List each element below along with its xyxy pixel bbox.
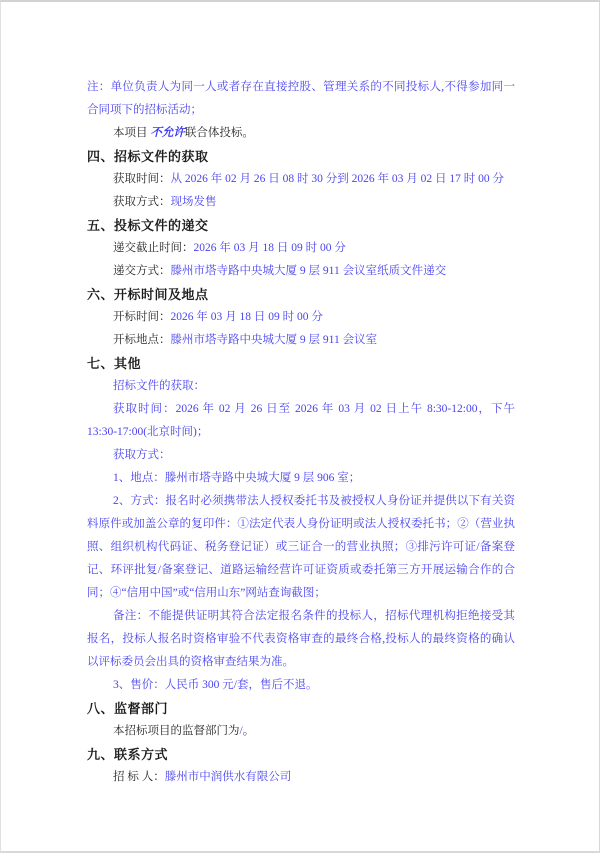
field-row-obtain-method: 获取方式：现场发售 bbox=[87, 191, 515, 214]
section-heading-4: 四、招标文件的获取 bbox=[87, 145, 515, 168]
contact-line: 招 标 人：滕州市中润供水有限公司 bbox=[87, 766, 515, 789]
field-value: 滕州市塔寺路中央城大厦 9 层 911 会议室纸质文件递交 bbox=[171, 265, 447, 277]
field-label: 递交方式： bbox=[113, 265, 171, 277]
section-heading-6: 六、开标时间及地点 bbox=[87, 283, 515, 306]
joint-venture-line: 本项目 不允许联合体投标。 bbox=[87, 122, 515, 145]
other-method-detail: 2、方式：报名时必须携带法人授权委托书及被授权人身份证并提供以下有关资料原件或加… bbox=[87, 490, 515, 605]
field-row-open-time: 开标时间：2026 年 03 月 18 日 09 时 00 分 bbox=[87, 306, 515, 329]
field-label: 获取方式： bbox=[113, 196, 171, 208]
supervision-prefix: 本招标项目的监督部门为 bbox=[113, 725, 240, 737]
field-value: 现场发售 bbox=[171, 196, 217, 208]
joint-emphasis: 不允许 bbox=[150, 127, 185, 139]
field-label: 获取时间： bbox=[113, 173, 171, 185]
tenderer-label: 招 标 人： bbox=[113, 771, 165, 783]
field-row-submit-method: 递交方式：滕州市塔寺路中央城大厦 9 层 911 会议室纸质文件递交 bbox=[87, 260, 515, 283]
field-value: 2026 年 03 月 18 日 09 时 00 分 bbox=[194, 242, 346, 254]
supervision-line: 本招标项目的监督部门为/。 bbox=[87, 720, 515, 743]
tenderer-value: 滕州市中润供水有限公司 bbox=[165, 771, 292, 783]
section-heading-5: 五、投标文件的递交 bbox=[87, 214, 515, 237]
document-page: 注：单位负责人为同一人或者存在直接控股、管理关系的不同投标人,不得参加同一合同项… bbox=[0, 0, 600, 853]
field-label: 开标时间： bbox=[113, 311, 171, 323]
other-obtain-method: 获取方式： bbox=[87, 444, 515, 467]
field-label: 递交截止时间： bbox=[113, 242, 194, 254]
supervision-suffix: 。 bbox=[243, 725, 255, 737]
section-heading-8: 八、监督部门 bbox=[87, 697, 515, 720]
document-content: 注：单位负责人为同一人或者存在直接控股、管理关系的不同投标人,不得参加同一合同项… bbox=[1, 2, 599, 789]
other-location: 1、地点：滕州市塔寺路中央城大厦 9 层 906 室； bbox=[87, 467, 515, 490]
field-value: 2026 年 03 月 18 日 09 时 00 分 bbox=[171, 311, 323, 323]
note-paragraph: 注：单位负责人为同一人或者存在直接控股、管理关系的不同投标人,不得参加同一合同项… bbox=[87, 76, 515, 122]
section-heading-7: 七、其他 bbox=[87, 352, 515, 375]
field-row-obtain-time: 获取时间：从 2026 年 02 月 26 日 08 时 30 分到 2026 … bbox=[87, 168, 515, 191]
field-value: 滕州市塔寺路中央城大厦 9 层 911 会议室 bbox=[171, 334, 378, 346]
other-obtain-title: 招标文件的获取： bbox=[87, 375, 515, 398]
joint-suffix: 联合体投标。 bbox=[185, 127, 254, 139]
other-obtain-time: 获取时间：2026 年 02 月 26 日至 2026 年 03 月 02 日上… bbox=[87, 398, 515, 444]
field-label: 开标地点： bbox=[113, 334, 171, 346]
joint-prefix: 本项目 bbox=[113, 127, 150, 139]
section-heading-9: 九、联系方式 bbox=[87, 743, 515, 766]
field-row-open-place: 开标地点：滕州市塔寺路中央城大厦 9 层 911 会议室 bbox=[87, 329, 515, 352]
other-price: 3、售价：人民币 300 元/套，售后不退。 bbox=[87, 674, 515, 697]
other-remark: 备注：不能提供证明其符合法定报名条件的投标人，招标代理机构拒绝接受其报名，投标人… bbox=[87, 605, 515, 674]
field-value: 从 2026 年 02 月 26 日 08 时 30 分到 2026 年 03 … bbox=[171, 173, 505, 185]
field-row-submit-deadline: 递交截止时间：2026 年 03 月 18 日 09 时 00 分 bbox=[87, 237, 515, 260]
